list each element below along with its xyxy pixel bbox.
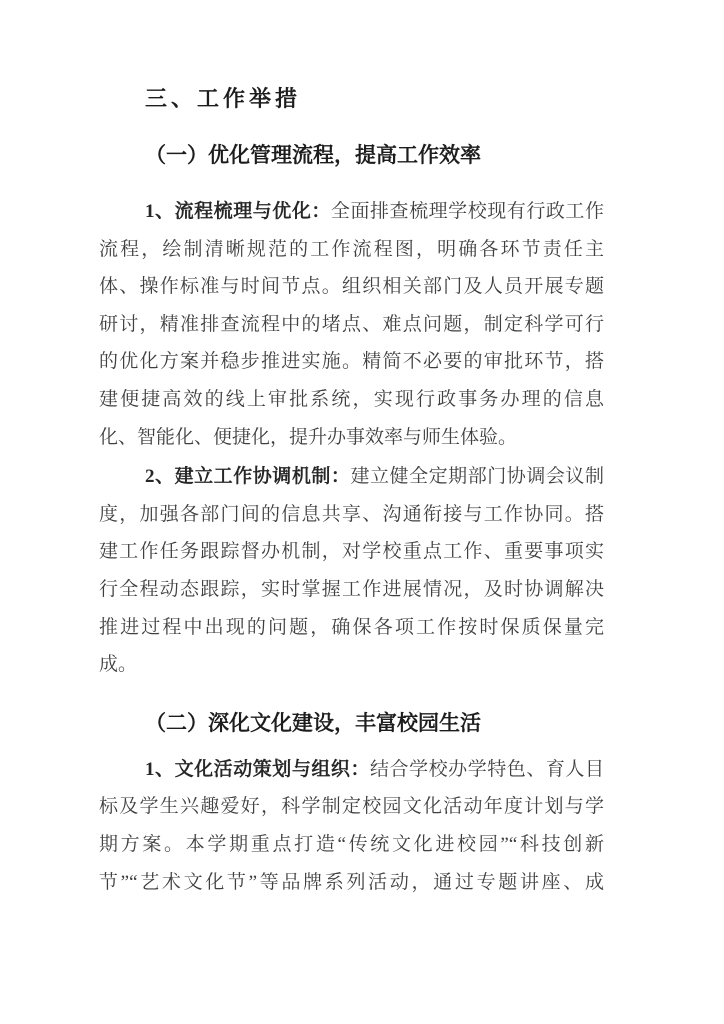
paragraph-line: 建便捷高效的线上审批系统，实现行政事务办理的信息 xyxy=(99,381,604,419)
paragraph-lead-bold: 2、建立工作协调机制： xyxy=(145,466,350,487)
subsection-1-heading: （一）优化管理流程，提高工作效率 xyxy=(99,140,604,170)
paragraph-line: 1、文化活动策划与组织：结合学校办学特色、育人目 xyxy=(99,751,604,789)
paragraph-line: 1、流程梳理与优化：全面排查梳理学校现有行政工作 xyxy=(99,193,604,231)
paragraph-text: 建立健全定期部门协调会议制 xyxy=(350,466,604,487)
subsection-2-heading: （二）深化文化建设，丰富校园生活 xyxy=(99,708,604,738)
paragraph-line: 研讨，精准排查流程中的堵点、难点问题，制定科学可行 xyxy=(99,306,604,344)
document-page: 三、工作举措 （一）优化管理流程，提高工作效率 1、流程梳理与优化：全面排查梳理… xyxy=(0,0,724,1024)
paragraph-line-last: 成。 xyxy=(99,646,604,684)
paragraph-lead-bold: 1、流程梳理与优化： xyxy=(145,201,331,222)
body-paragraph: 1、流程梳理与优化：全面排查梳理学校现有行政工作 流程，绘制清晰规范的工作流程图… xyxy=(99,193,604,456)
paragraph-line: 度，加强各部门间的信息共享、沟通衔接与工作协同。搭 xyxy=(99,496,604,534)
paragraph-line: 体、操作标准与时间节点。组织相关部门及人员开展专题 xyxy=(99,268,604,306)
paragraph-line: 行全程动态跟踪，实时掌握工作进展情况，及时协调解决 xyxy=(99,571,604,609)
paragraph-line: 推进过程中出现的问题，确保各项工作按时保质保量完 xyxy=(99,609,604,647)
section-heading: 三、工作举措 xyxy=(99,84,604,114)
paragraph-line: 期方案。本学期重点打造“传统文化进校园”“科技创新 xyxy=(99,826,604,864)
paragraph-line: 2、建立工作协调机制：建立健全定期部门协调会议制 xyxy=(99,458,604,496)
paragraph-line: 标及学生兴趣爱好，科学制定校园文化活动年度计划与学 xyxy=(99,788,604,826)
paragraph-text: 全面排查梳理学校现有行政工作 xyxy=(331,201,604,222)
paragraph-lead-bold: 1、文化活动策划与组织： xyxy=(145,759,370,780)
paragraph-line: 节”“艺术文化节”等品牌系列活动，通过专题讲座、成 xyxy=(99,864,604,902)
paragraph-line: 流程，绘制清晰规范的工作流程图，明确各环节责任主 xyxy=(99,231,604,269)
body-paragraph: 1、文化活动策划与组织：结合学校办学特色、育人目 标及学生兴趣爱好，科学制定校园… xyxy=(99,751,604,901)
paragraph-line-last: 化、智能化、便捷化，提升办事效率与师生体验。 xyxy=(99,419,604,457)
paragraph-text: 结合学校办学特色、育人目 xyxy=(370,759,604,780)
paragraph-line: 的优化方案并稳步推进实施。精简不必要的审批环节，搭 xyxy=(99,343,604,381)
paragraph-line: 建工作任务跟踪督办机制，对学校重点工作、重要事项实 xyxy=(99,533,604,571)
body-paragraph: 2、建立工作协调机制：建立健全定期部门协调会议制 度，加强各部门间的信息共享、沟… xyxy=(99,458,604,684)
document-content: 三、工作举措 （一）优化管理流程，提高工作效率 1、流程梳理与优化：全面排查梳理… xyxy=(99,0,604,901)
